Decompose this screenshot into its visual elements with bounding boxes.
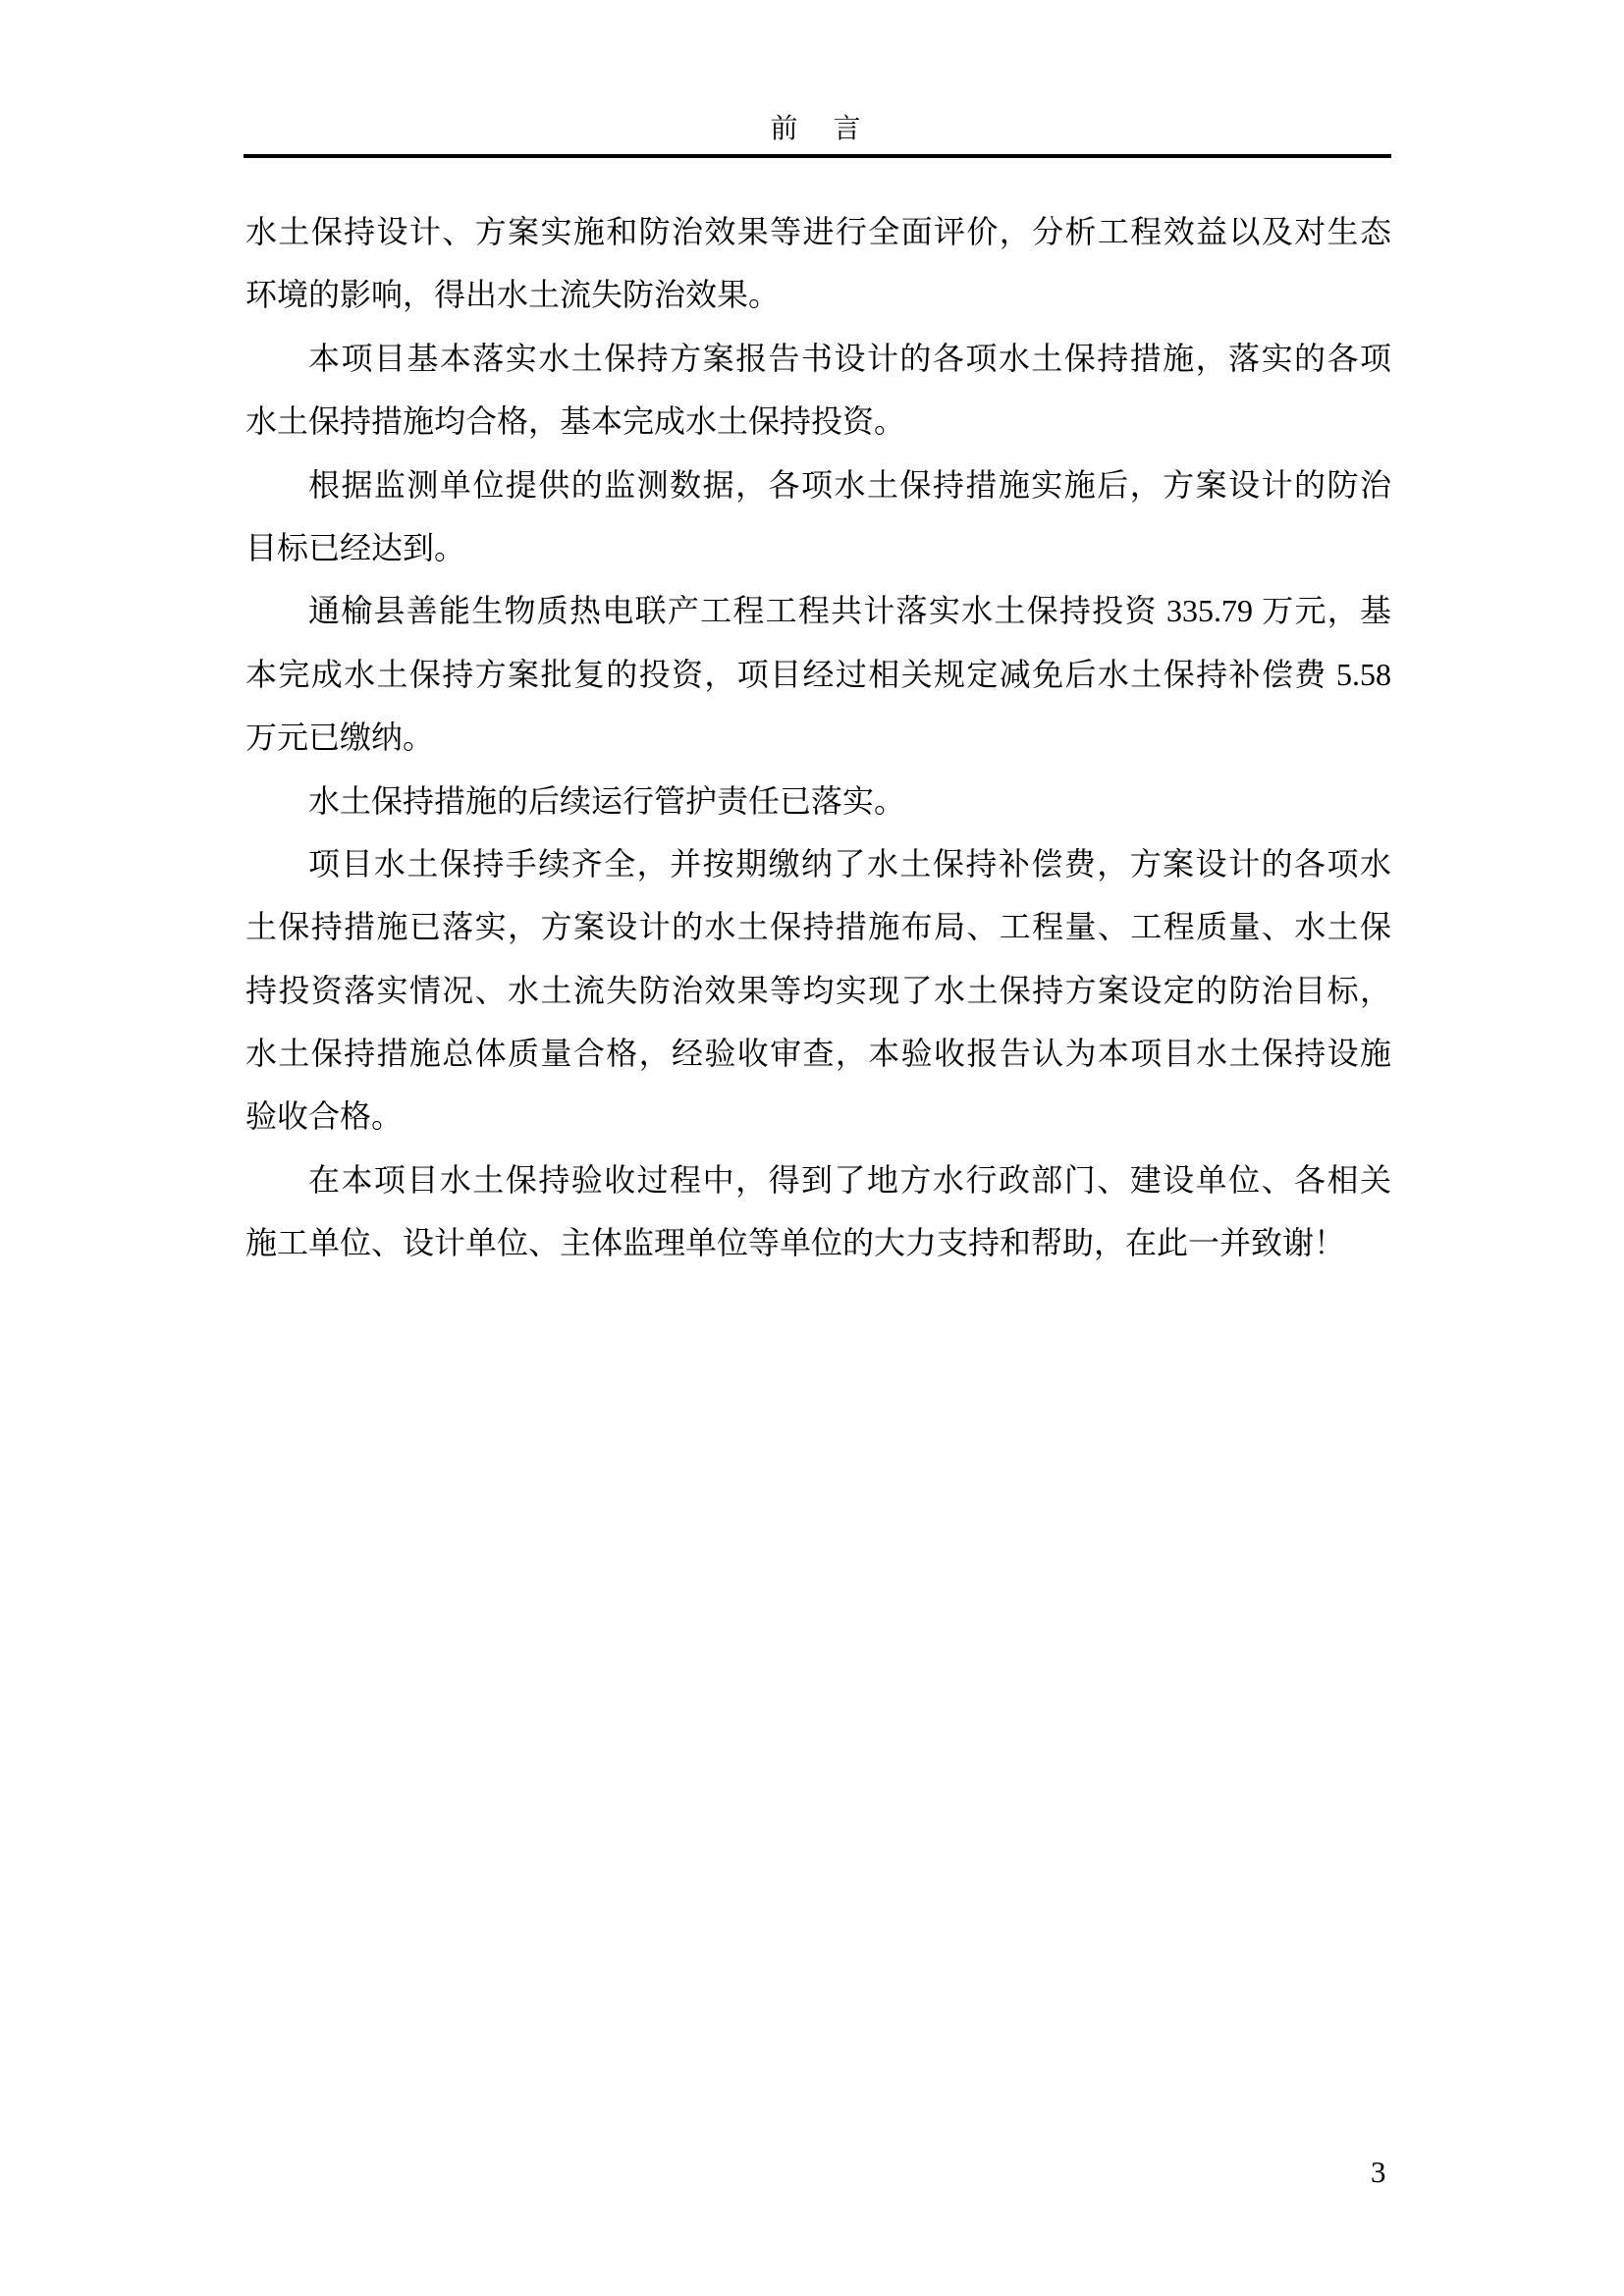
body-line: 根据监测单位提供的监测数据，各项水土保持措施实施后，方案设计的防治 xyxy=(245,454,1391,516)
header-rule xyxy=(244,154,1391,158)
body-line: 目标已经达到。 xyxy=(245,516,1391,579)
body-line: 土保持措施已落实，方案设计的水土保持措施布局、工程量、工程质量、水土保 xyxy=(245,895,1391,958)
body-line: 项目水土保持手续齐全，并按期缴纳了水土保持补偿费，方案设计的各项水 xyxy=(245,832,1391,895)
body-line: 验收合格。 xyxy=(245,1085,1391,1148)
body-line: 水土保持措施的后续运行管护责任已落实。 xyxy=(245,770,1391,832)
body-line: 水土保持措施总体质量合格，经验收审查，本验收报告认为本项目水土保持设施 xyxy=(245,1022,1391,1085)
body-line: 施工单位、设计单位、主体监理单位等单位的大力支持和帮助，在此一并致谢！ xyxy=(245,1211,1391,1274)
body-line: 本完成水土保持方案批复的投资，项目经过相关规定减免后水土保持补偿费 5.58 xyxy=(245,643,1391,706)
document-page: 前 言 水土保持设计、方案实施和防治效果等进行全面评价，分析工程效益以及对生态环… xyxy=(0,0,1624,2296)
body-line: 环境的影响，得出水土流失防治效果。 xyxy=(245,263,1391,326)
body-line: 水土保持措施均合格，基本完成水土保持投资。 xyxy=(245,390,1391,453)
body-line: 通榆县善能生物质热电联产工程工程共计落实水土保持投资 335.79 万元，基 xyxy=(245,579,1391,642)
body-line: 持投资落实情况、水土流失防治效果等均实现了水土保持方案设定的防治目标， xyxy=(245,959,1391,1022)
body-line: 本项目基本落实水土保持方案报告书设计的各项水土保持措施，落实的各项 xyxy=(245,327,1391,390)
body-line: 在本项目水土保持验收过程中，得到了地方水行政部门、建设单位、各相关 xyxy=(245,1148,1391,1211)
document-body: 水土保持设计、方案实施和防治效果等进行全面评价，分析工程效益以及对生态环境的影响… xyxy=(245,200,1391,1275)
body-line: 万元已缴纳。 xyxy=(245,706,1391,769)
page-number: 3 xyxy=(1371,2153,1386,2192)
page-header-title: 前 言 xyxy=(244,112,1391,147)
body-line: 水土保持设计、方案实施和防治效果等进行全面评价，分析工程效益以及对生态 xyxy=(245,200,1391,263)
